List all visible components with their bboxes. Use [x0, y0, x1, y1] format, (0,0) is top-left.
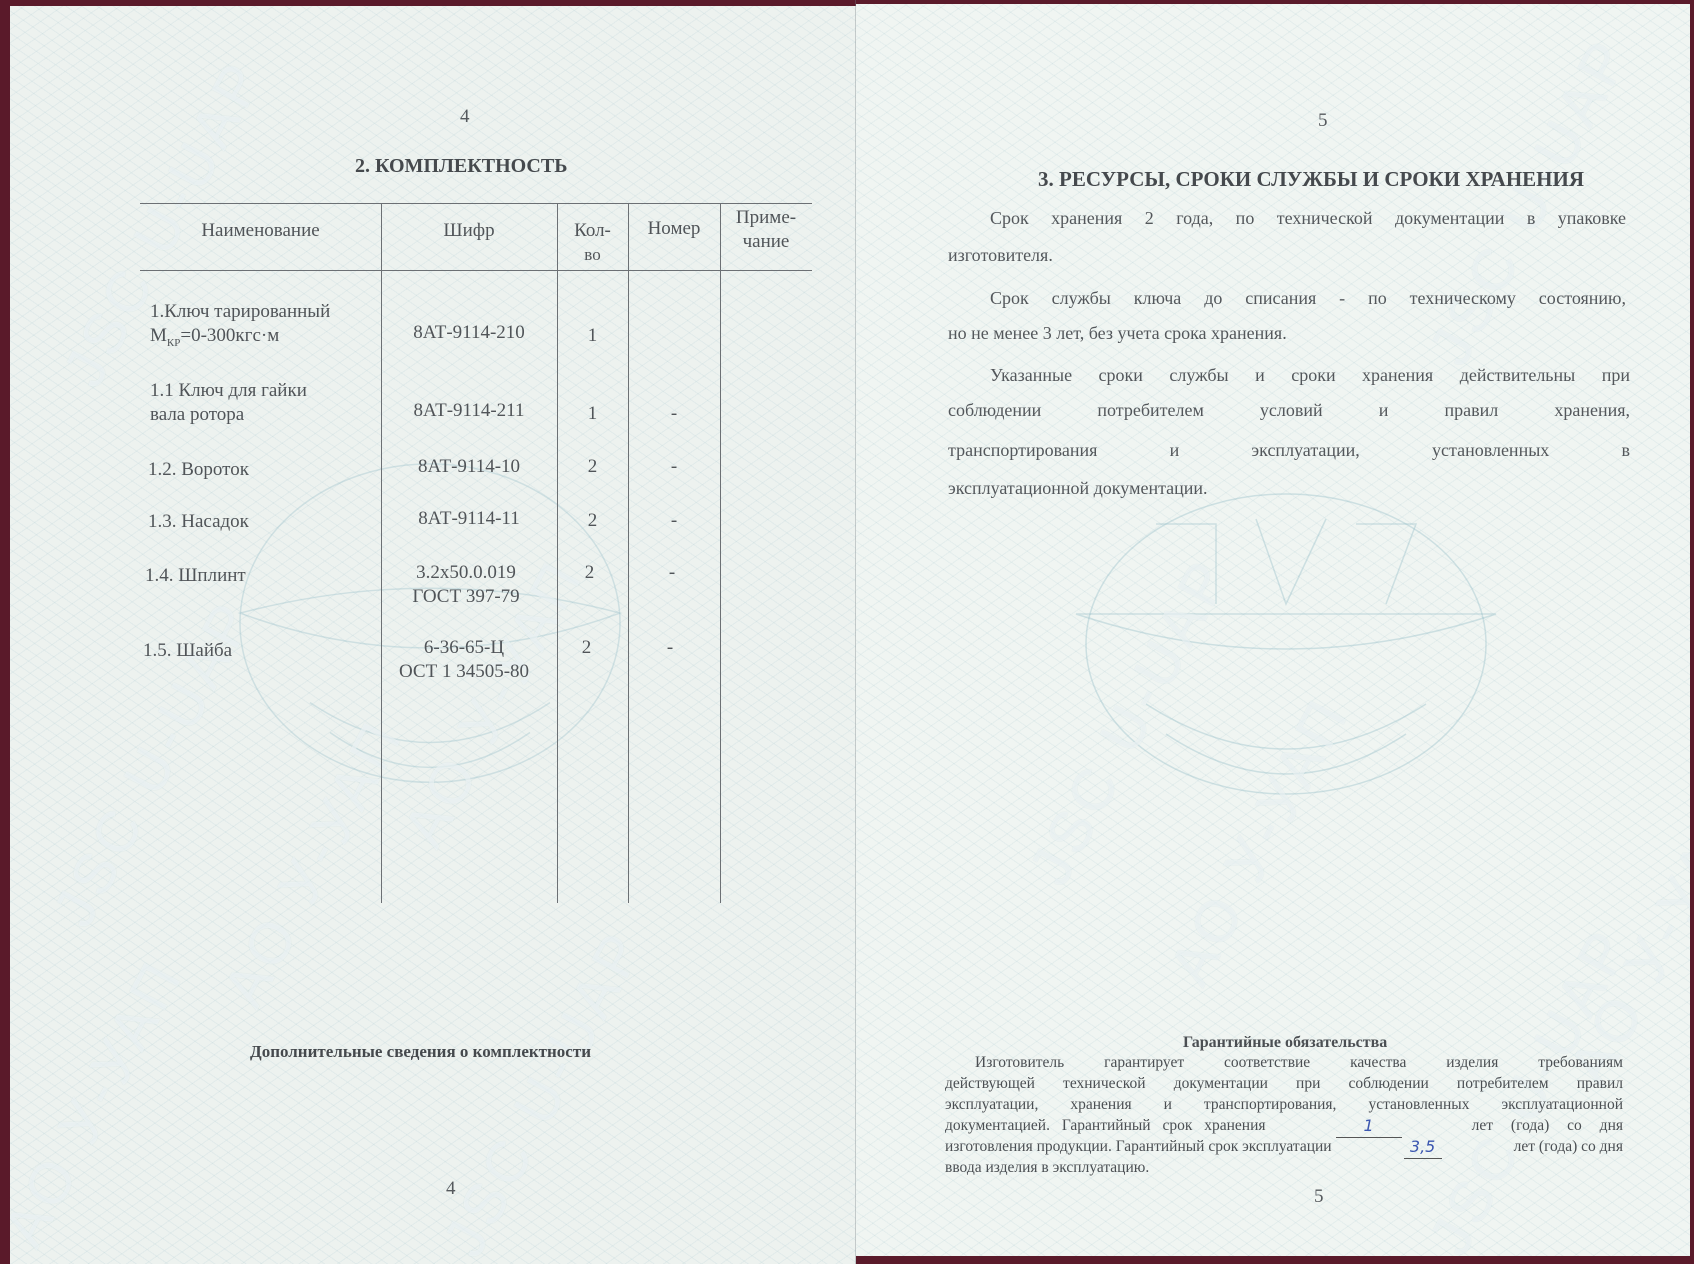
header-number: Номер — [628, 217, 720, 241]
paragraph-line: Срок службы ключа до списания - по техни… — [990, 288, 1626, 309]
watermark-text: АО У-УАП — [10, 947, 197, 1257]
header-qty: Кол- во — [557, 219, 628, 267]
row-qty: 1 — [557, 402, 628, 426]
header-note-line2: чание — [720, 230, 812, 254]
guarantee-line: ввода изделия в эксплуатацию. — [945, 1157, 1149, 1178]
emblem-watermark-icon — [10, 6, 856, 1264]
table-row: 1.5. Шайба — [143, 639, 373, 663]
row-name-line1: 1.1 Ключ для гайки — [150, 379, 380, 403]
page-number-top: 5 — [1318, 110, 1328, 132]
table-row: 1.1 Ключ для гайки вала ротора — [150, 379, 380, 427]
paragraph-line: но не менее 3 лет, без учета срока хране… — [948, 323, 1287, 344]
row-code-line1: 6-36-65-Ц — [374, 636, 554, 660]
guarantee-heading: Гарантийные обязательства — [1183, 1032, 1387, 1053]
column-divider — [557, 203, 558, 903]
paragraph-line: эксплуатационной документации. — [948, 478, 1208, 499]
row-name-line2: МКР=0-300кгс·м — [150, 324, 380, 355]
guarantee-text: лет (года) со дня — [1472, 1115, 1623, 1138]
additional-info-heading: Дополнительные сведения о комплектности — [250, 1042, 591, 1062]
page-number-top: 4 — [460, 106, 470, 128]
row-code: 8АТ-9114-11 — [381, 507, 557, 531]
section-title: 3. РЕСУРСЫ, СРОКИ СЛУЖБЫ И СРОКИ ХРАНЕНИ… — [1038, 167, 1584, 192]
row-number: - — [628, 509, 720, 533]
row-name-line2: вала ротора — [150, 403, 380, 427]
paragraph-line: транспортирования и эксплуатации, устано… — [948, 440, 1630, 461]
table-row: 1.Ключ тарированный МКР=0-300кгс·м — [150, 300, 380, 355]
paragraph-line: изготовителя. — [948, 245, 1053, 266]
guarantee-line: действующей технической документации при… — [945, 1073, 1623, 1094]
header-note: Приме- чание — [720, 206, 812, 254]
watermark-text: АО У-УАП — [1556, 785, 1690, 1095]
guarantee-line: Изготовитель гарантирует соответствие ка… — [975, 1052, 1623, 1073]
column-divider — [381, 203, 382, 903]
header-qty-line1: Кол- — [557, 219, 628, 243]
paragraph-line: соблюдении потребителем условий и правил… — [948, 400, 1630, 421]
operation-years-field: 3,5 — [1404, 1136, 1442, 1159]
header-note-line1: Приме- — [720, 206, 812, 230]
guarantee-text: изготовления продукции. Гарантийный срок… — [945, 1136, 1332, 1159]
watermark-text: АО У-УАП — [1156, 685, 1363, 995]
guilloche-background — [10, 6, 856, 1264]
row-code: 3.2x50.0.019 ГОСТ 397-79 — [378, 561, 554, 609]
watermark-text: АО У-УАП — [210, 707, 417, 1017]
page-number-bottom: 5 — [1314, 1186, 1324, 1208]
row-code: 6-36-65-Ц ОСТ 1 34505-80 — [374, 636, 554, 684]
row-name-line1: 1.Ключ тарированный — [150, 300, 380, 324]
header-qty-line2: во — [557, 243, 628, 267]
header-name: Наименование — [140, 219, 381, 243]
watermark-text: JSC U-UAP — [1016, 546, 1244, 895]
page-number-bottom: 4 — [446, 1178, 456, 1200]
row-code: 8АТ-9114-211 — [381, 399, 557, 423]
table-row: 1.3. Насадок — [148, 510, 378, 534]
paragraph-line: Срок хранения 2 года, по технической док… — [990, 208, 1626, 229]
watermark-text: JSC U-UAP — [430, 918, 658, 1264]
row-qty: 2 — [554, 561, 625, 585]
row-code: 8АТ-9114-210 — [381, 321, 557, 345]
table-header-border — [140, 270, 812, 271]
table-row: 1.4. Шплинт — [145, 564, 375, 588]
guarantee-text: лет (года) со дня — [1514, 1136, 1623, 1159]
column-divider — [720, 203, 721, 903]
row-number: - — [626, 561, 718, 585]
row-qty: 1 — [557, 324, 628, 348]
page-gutter — [855, 0, 856, 1264]
row-number: - — [624, 636, 716, 660]
guarantee-line: эксплуатации, хранения и транспортирован… — [945, 1094, 1623, 1115]
table-row: 1.2. Вороток — [148, 458, 378, 482]
guarantee-line: документацией. Гарантийный срок хранения… — [945, 1115, 1623, 1138]
guarantee-line: изготовления продукции. Гарантийный срок… — [945, 1136, 1623, 1159]
watermark-text: JSC U-UAP — [1416, 26, 1644, 375]
row-code-line2: ОСТ 1 34505-80 — [374, 660, 554, 684]
row-code: 8АТ-9114-10 — [381, 455, 557, 479]
storage-years-value: 1 — [1364, 1116, 1374, 1135]
row-qty: 2 — [557, 455, 628, 479]
row-qty: 2 — [551, 636, 622, 660]
table-top-border — [140, 203, 812, 204]
operation-years-value: 3,5 — [1410, 1137, 1435, 1156]
row-number: - — [628, 455, 720, 479]
row-code-line1: 3.2x50.0.019 — [378, 561, 554, 585]
paragraph-line: Указанные сроки службы и сроки хранения … — [990, 365, 1630, 386]
row-code-line2: ГОСТ 397-79 — [378, 585, 554, 609]
left-page: JSC U-UAP JSC U-UAP АО У-УАП JSC U-UAP А… — [10, 6, 856, 1264]
storage-years-field: 1 — [1336, 1115, 1402, 1138]
column-divider — [628, 203, 629, 903]
guarantee-text: документацией. Гарантийный срок хранения — [945, 1115, 1266, 1138]
row-number: - — [628, 402, 720, 426]
row-qty: 2 — [557, 509, 628, 533]
header-code: Шифр — [381, 219, 557, 243]
section-title: 2. КОМПЛЕКТНОСТЬ — [355, 155, 567, 178]
